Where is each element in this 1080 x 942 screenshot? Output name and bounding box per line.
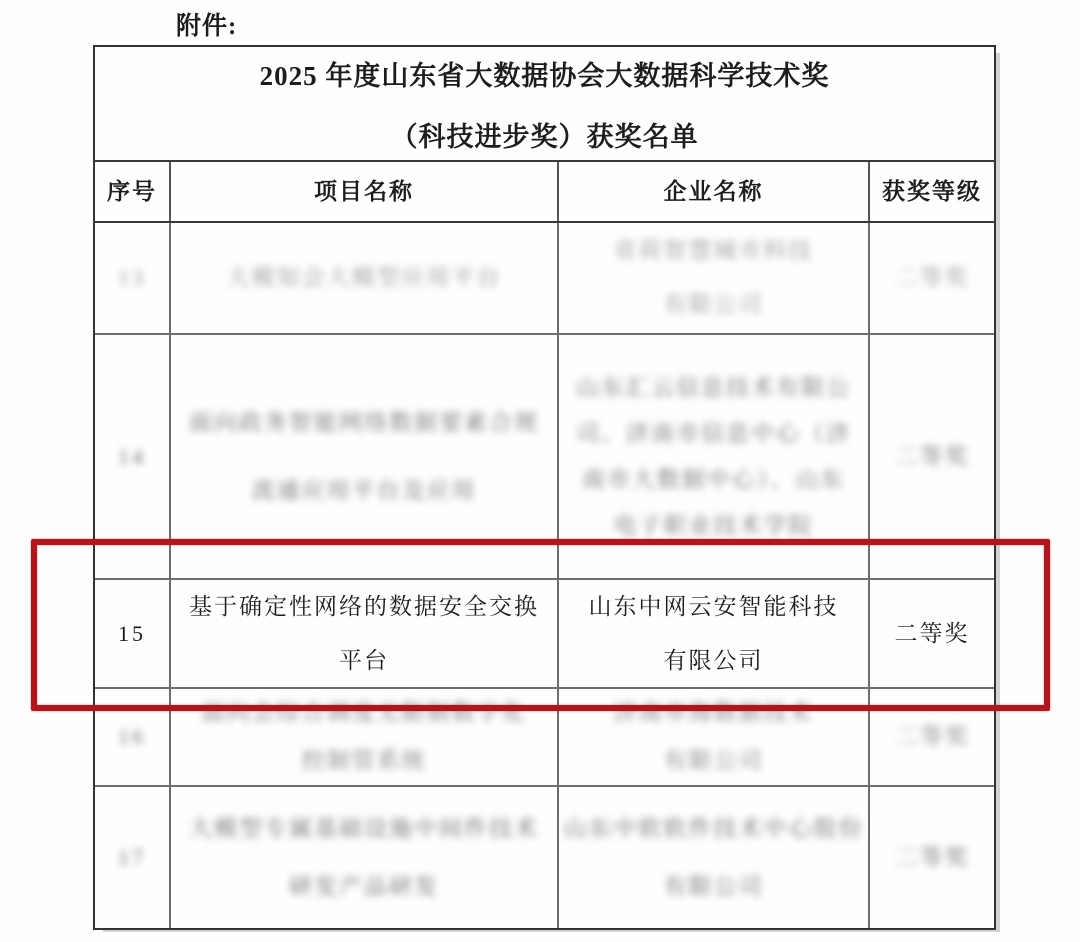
cell-text-line: 面向政务智能网络数据要素合规	[189, 408, 539, 438]
cell-text-line: 济南市海数据技术	[614, 698, 814, 728]
row-number-cell: 13	[95, 223, 171, 333]
project-name: 面向会综合调度无限制数字化控制管系统	[202, 698, 527, 776]
company-name-cell: 济南市海数据技术有限公司	[559, 689, 870, 785]
table-row: 14 面向政务智能网络数据要素合规流通应用平台及应用 山东汇云信息技术有限公司、…	[95, 335, 994, 580]
project-name-cell: 面向政务智能网络数据要素合规流通应用平台及应用	[171, 335, 559, 578]
table-title-line-1: 2025 年度山东省大数据协会大数据科学技术奖	[260, 54, 830, 93]
cell-text-line: 省荷智慧城市科技	[614, 236, 814, 266]
cell-text-line: 有限公司	[664, 646, 764, 676]
company-name: 山东中软软件技术中心股份有限公司	[564, 814, 864, 902]
row-number: 17	[118, 843, 146, 873]
company-name-cell: 省荷智慧城市科技有限公司	[559, 223, 870, 333]
cell-text-line: 研发产品研发	[289, 872, 439, 902]
table-title-line-2: （科技进步奖）获奖名单	[391, 115, 699, 154]
cell-text-line: 平台	[339, 646, 389, 676]
cell-text-line: 控制管系统	[302, 746, 427, 776]
award-level: 二等奖	[895, 619, 970, 649]
cell-text-line: 电子职业技术学院	[614, 513, 814, 539]
row-number-cell: 17	[95, 787, 171, 928]
column-header-award-level: 获奖等级	[870, 162, 994, 221]
row-number: 14	[118, 442, 146, 472]
award-level: 二等奖	[895, 843, 970, 873]
cell-text-line: 面向会综合调度无限制数字化	[202, 698, 527, 728]
document-page: 附件: 2025 年度山东省大数据协会大数据科学技术奖 （科技进步奖）获奖名单 …	[0, 0, 1080, 942]
award-level-cell: 二等奖	[870, 787, 994, 928]
cell-text-line: 山东中软软件技术中心股份	[564, 814, 864, 844]
table-row: 17 大模型专属基础设施中间件技术研发产品研发 山东中软软件技术中心股份有限公司…	[95, 787, 994, 928]
cell-text-line: 大模知会大模型应用平台	[227, 263, 502, 293]
award-level-cell: 二等奖	[870, 223, 994, 333]
cell-text-line: 基于确定性网络的数据安全交换	[189, 592, 539, 622]
cell-text-line: 司、济南市信息中心（济	[576, 421, 851, 447]
project-name-cell: 大模型专属基础设施中间件技术研发产品研发	[171, 787, 559, 928]
project-name: 基于确定性网络的数据安全交换平台	[189, 592, 539, 676]
column-header-serial-number: 序号	[95, 162, 171, 221]
award-level-cell: 二等奖	[870, 335, 994, 578]
company-name-cell: 山东中软软件技术中心股份有限公司	[559, 787, 870, 928]
award-level: 二等奖	[895, 722, 970, 752]
award-table: 2025 年度山东省大数据协会大数据科学技术奖 （科技进步奖）获奖名单 序号 项…	[93, 45, 996, 930]
cell-text-line: 南市大数据中心）、山东	[582, 467, 846, 493]
row-number-cell: 15	[95, 580, 171, 687]
award-level: 二等奖	[895, 442, 970, 472]
column-header-company-name: 企业名称	[559, 162, 870, 221]
attachment-label: 附件:	[176, 6, 237, 42]
company-name: 山东中网云安智能科技有限公司	[589, 592, 839, 676]
cell-text-line: 山东汇云信息技术有限公	[576, 375, 851, 401]
column-header-project-name: 项目名称	[171, 162, 559, 221]
cell-text-line: 有限公司	[664, 290, 764, 320]
cell-text-line: 大模型专属基础设施中间件技术	[189, 814, 539, 844]
table-header-row: 序号 项目名称 企业名称 获奖等级	[95, 162, 994, 223]
cell-text-line: 有限公司	[664, 746, 764, 776]
company-name: 山东汇云信息技术有限公司、济南市信息中心（济南市大数据中心）、山东电子职业技术学…	[576, 375, 851, 539]
row-number: 16	[118, 722, 146, 752]
row-number: 15	[118, 619, 146, 649]
award-level-cell: 二等奖	[870, 580, 994, 687]
row-number-cell: 14	[95, 335, 171, 578]
table-body: 13 大模知会大模型应用平台 省荷智慧城市科技有限公司 二等奖 14 面向政务智…	[95, 223, 994, 928]
table-row: 13 大模知会大模型应用平台 省荷智慧城市科技有限公司 二等奖	[95, 223, 994, 335]
cell-text-line: 有限公司	[664, 872, 764, 902]
table-title: 2025 年度山东省大数据协会大数据科学技术奖 （科技进步奖）获奖名单	[95, 47, 994, 162]
award-level: 二等奖	[895, 263, 970, 293]
project-name: 大模知会大模型应用平台	[227, 263, 502, 293]
company-name-cell: 山东汇云信息技术有限公司、济南市信息中心（济南市大数据中心）、山东电子职业技术学…	[559, 335, 870, 578]
cell-text-line: 山东中网云安智能科技	[589, 592, 839, 622]
table-row: 16 面向会综合调度无限制数字化控制管系统 济南市海数据技术有限公司 二等奖	[95, 689, 994, 787]
project-name: 面向政务智能网络数据要素合规流通应用平台及应用	[189, 408, 539, 506]
award-level-cell: 二等奖	[870, 689, 994, 785]
project-name-cell: 面向会综合调度无限制数字化控制管系统	[171, 689, 559, 785]
cell-text-line: 流通应用平台及应用	[252, 476, 477, 506]
company-name-cell: 山东中网云安智能科技有限公司	[559, 580, 870, 687]
row-number: 13	[118, 263, 146, 293]
row-number-cell: 16	[95, 689, 171, 785]
project-name-cell: 基于确定性网络的数据安全交换平台	[171, 580, 559, 687]
table-row: 15 基于确定性网络的数据安全交换平台 山东中网云安智能科技有限公司 二等奖	[95, 580, 994, 689]
company-name: 济南市海数据技术有限公司	[614, 698, 814, 776]
company-name: 省荷智慧城市科技有限公司	[614, 236, 814, 320]
project-name-cell: 大模知会大模型应用平台	[171, 223, 559, 333]
project-name: 大模型专属基础设施中间件技术研发产品研发	[189, 814, 539, 902]
